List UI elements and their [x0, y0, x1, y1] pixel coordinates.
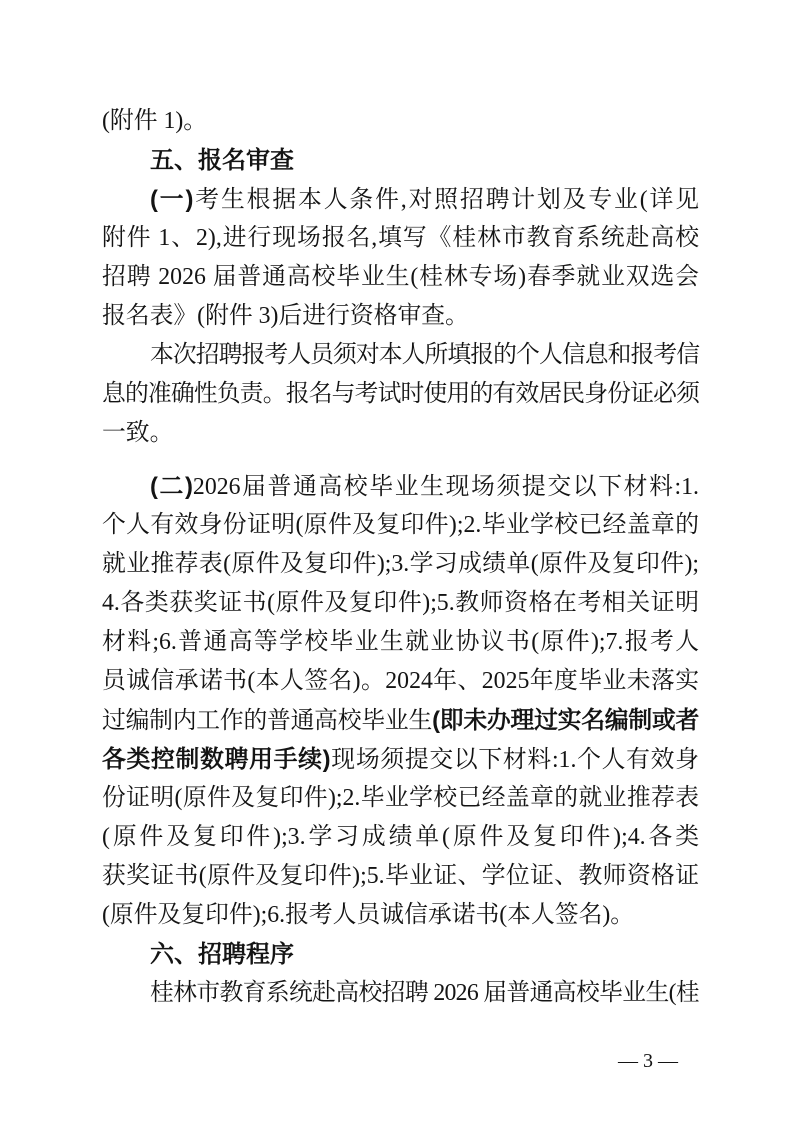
text-segment: 材料;6.普通高等学校毕业生就业协议书(原件);7.报考人 [102, 629, 699, 655]
para3-line6: 员诚信承诺书(本人签名)。2024年、2025年度毕业未落实 [102, 662, 699, 701]
bold-text-segment: (即未办理过实名编制或者 [432, 707, 699, 734]
text-segment: (原件及复印件);3.学习成绩单(原件及复印件);4.各类 [102, 824, 699, 850]
para1-line4: 报名表》(附件 3)后进行资格审查。 [102, 297, 699, 336]
page-footer: — 3 — [0, 1048, 678, 1074]
text-segment: 息的准确性负责。报名与考试时使用的有效居民身份证必须 [102, 381, 699, 407]
para1-line1: (一)考生根据本人条件,对照招聘计划及专业(详见 [102, 180, 699, 219]
page-number: — 3 — [618, 1050, 678, 1072]
bold-text-segment: 五、报名审查 [150, 147, 294, 174]
text-segment: 桂林市教育系统赴高校招聘 2026 届普通高校毕业生(桂 [150, 980, 699, 1006]
text-segment: 考生根据本人条件,对照招聘计划及专业(详见 [193, 187, 699, 213]
text-segment: 个人有效身份证明(原件及复印件);2.毕业学校已经盖章的 [102, 512, 699, 538]
para3-line8: 各类控制数聘用手续)现场须提交以下材料:1.个人有效身 [102, 740, 699, 779]
text-segment: 4.各类获奖证书(原件及复印件);5.教师资格在考相关证明 [102, 590, 699, 616]
text-segment: 一致。 [102, 420, 173, 446]
text-segment: 2026届普通高校毕业生现场须提交以下材料:1. [193, 474, 699, 500]
text-segment: 获奖证书(原件及复印件);5.毕业证、学位证、教师资格证 [102, 863, 699, 889]
text-segment: (原件及复印件);6.报考人员诚信承诺书(本人签名)。 [102, 902, 634, 928]
para3-line9: 份证明(原件及复印件);2.毕业学校已经盖章的就业推荐表 [102, 779, 699, 818]
para1-line2: 附件 1、2),进行现场报名,填写《桂林市教育系统赴高校 [102, 219, 699, 258]
text-segment: 份证明(原件及复印件);2.毕业学校已经盖章的就业推荐表 [102, 785, 699, 811]
text-segment: 本次招聘报考人员须对本人所填报的个人信息和报考信 [150, 342, 699, 368]
bold-text-segment: 各类控制数聘用手续) [102, 746, 331, 773]
text-segment: 招聘 2026 届普通高校毕业生(桂林专场)春季就业双选会 [102, 264, 699, 290]
text-segment: 就业推荐表(原件及复印件);3.学习成绩单(原件及复印件); [102, 551, 699, 577]
document-body: (附件 1)。五、报名审查(一)考生根据本人条件,对照招聘计划及专业(详见附件 … [102, 102, 699, 1013]
para3-line7: 过编制内工作的普通高校毕业生(即未办理过实名编制或者 [102, 701, 699, 740]
para2-line2: 息的准确性负责。报名与考试时使用的有效居民身份证必须 [102, 375, 699, 414]
bold-text-segment: (二) [150, 473, 193, 500]
text-segment: (附件 1)。 [102, 108, 207, 134]
section6-heading: 六、招聘程序 [102, 935, 699, 974]
para1-line3: 招聘 2026 届普通高校毕业生(桂林专场)春季就业双选会 [102, 258, 699, 297]
text-segment: 报名表》(附件 3)后进行资格审查。 [102, 303, 469, 329]
bold-text-segment: 六、招聘程序 [150, 941, 294, 968]
para2-line1: 本次招聘报考人员须对本人所填报的个人信息和报考信 [102, 336, 699, 375]
para2-line3: 一致。 [102, 414, 699, 453]
para3-line5: 材料;6.普通高等学校毕业生就业协议书(原件);7.报考人 [102, 623, 699, 662]
para3-line3: 就业推荐表(原件及复印件);3.学习成绩单(原件及复印件); [102, 545, 699, 584]
text-segment: 员诚信承诺书(本人签名)。2024年、2025年度毕业未落实 [102, 668, 699, 694]
para4-line1: 桂林市教育系统赴高校招聘 2026 届普通高校毕业生(桂 [102, 974, 699, 1013]
bold-text-segment: (一) [150, 186, 193, 213]
para3-line2: 个人有效身份证明(原件及复印件);2.毕业学校已经盖章的 [102, 506, 699, 545]
section5-heading: 五、报名审查 [102, 141, 699, 180]
para3-line4: 4.各类获奖证书(原件及复印件);5.教师资格在考相关证明 [102, 584, 699, 623]
text-segment: 附件 1、2),进行现场报名,填写《桂林市教育系统赴高校 [102, 225, 699, 251]
document-page: (附件 1)。五、报名审查(一)考生根据本人条件,对照招聘计划及专业(详见附件 … [0, 0, 800, 1131]
text-segment: 现场须提交以下材料:1.个人有效身 [331, 747, 699, 773]
text-segment: 过编制内工作的普通高校毕业生 [102, 708, 432, 734]
para3-line12: (原件及复印件);6.报考人员诚信承诺书(本人签名)。 [102, 896, 699, 935]
para3-line10: (原件及复印件);3.学习成绩单(原件及复印件);4.各类 [102, 818, 699, 857]
para3-line1: (二)2026届普通高校毕业生现场须提交以下材料:1. [102, 467, 699, 506]
para3-line11: 获奖证书(原件及复印件);5.毕业证、学位证、教师资格证 [102, 857, 699, 896]
continuation-line: (附件 1)。 [102, 102, 699, 141]
